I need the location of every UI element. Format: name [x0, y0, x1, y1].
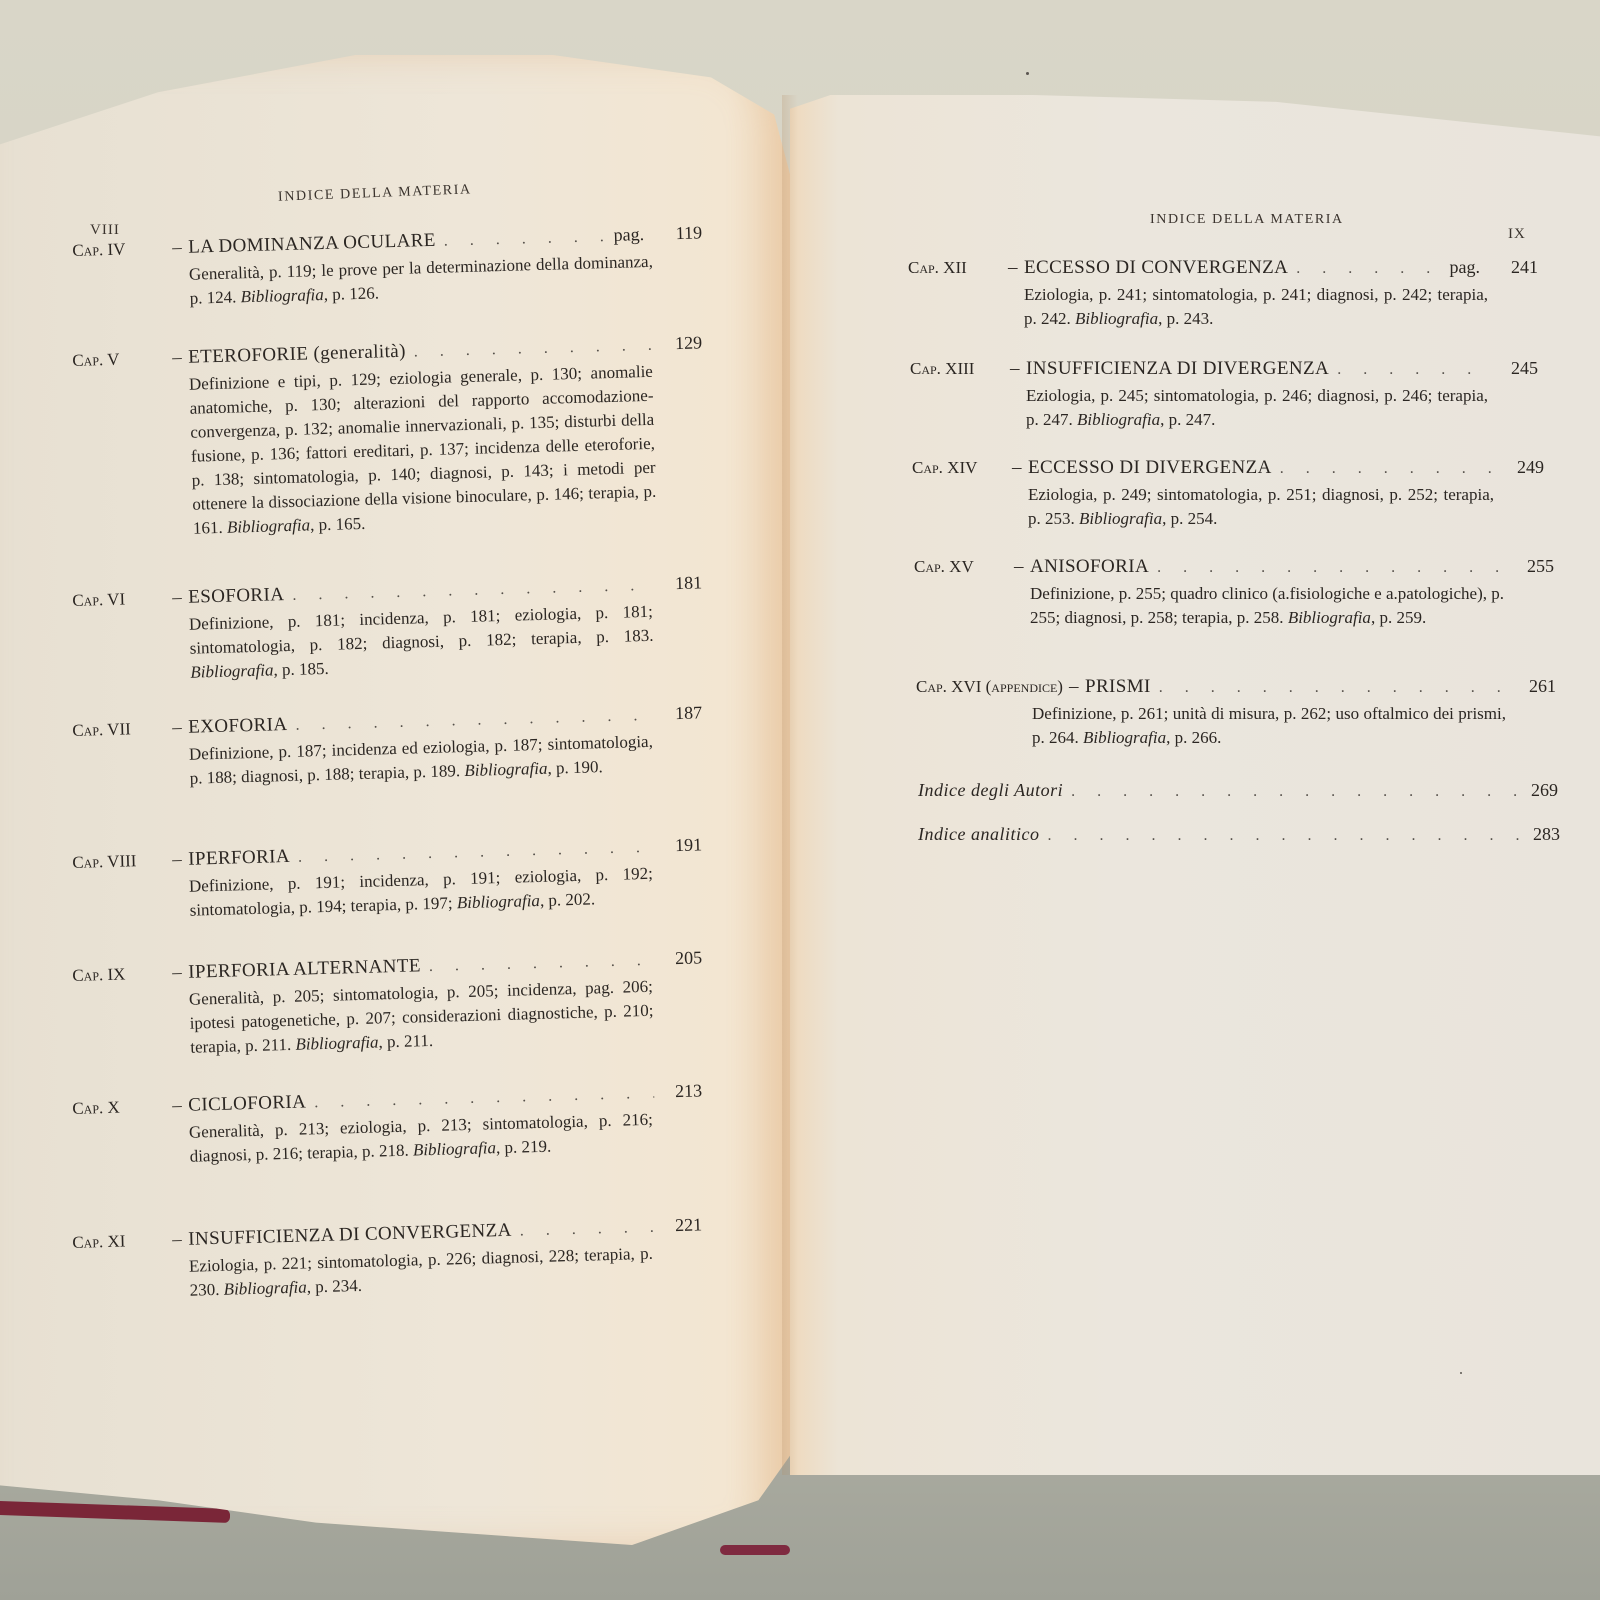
dash: – — [1012, 457, 1028, 479]
toc-entry-cap-xvi[interactable]: Cap. XVI (appendice) – PRISMI . . . . . … — [916, 676, 1556, 750]
folio-left: VIII — [90, 222, 120, 239]
pag-label: pag. — [1450, 257, 1481, 278]
chapter-summary: Eziologia, p. 241; sintomatologia, p. 24… — [1024, 283, 1488, 331]
leader-dots: . . . . . . . . . . . . . . . . . . . . … — [314, 1085, 654, 1112]
toc-entry-cap-xiii[interactable]: Cap. XIII – INSUFFICIENZA DI DIVERGENZA … — [910, 358, 1538, 432]
dash: – — [172, 237, 189, 259]
chapter-number: Cap. IX — [72, 963, 173, 986]
toc-entry-cap-xv[interactable]: Cap. XV – ANISOFORIA . . . . . . . . . .… — [914, 556, 1554, 630]
chapter-number: Cap. XII — [908, 258, 1008, 278]
page-number: 129 — [662, 332, 703, 354]
page-number: 221 — [662, 1214, 703, 1236]
chapter-summary: Eziologia, p. 245; sintomatologia, p. 24… — [1026, 384, 1488, 432]
leader-dots: . . . . . . . . . . . . . . . . . . . . … — [1071, 783, 1523, 801]
page-number: 213 — [662, 1080, 703, 1102]
leader-dots: . . . . . . . . . . . . . . . . . . . . … — [1337, 361, 1490, 379]
chapter-title: PRISMI — [1085, 676, 1151, 698]
chapter-title: ESOFORIA — [188, 584, 285, 609]
leader-dots: . . . . . . . . . . . . . . . . . . . . … — [1047, 827, 1525, 845]
chapter-summary: Generalità, p. 205; sintomatologia, p. 2… — [189, 975, 655, 1060]
page-number: 245 — [1498, 358, 1538, 379]
dash: – — [172, 1095, 189, 1117]
running-head-right: INDICE DELLA MATERIA — [1150, 212, 1344, 228]
dash: – — [1069, 676, 1085, 698]
toc-entry-analytic-index[interactable]: Indice analitico . . . . . . . . . . . .… — [918, 824, 1560, 845]
page-number: 269 — [1531, 780, 1558, 801]
leader-dots: . . . . . . . . . . . . . . . . . . . . … — [1157, 559, 1506, 577]
chapter-number: Cap. XVI (appendice) — [916, 677, 1063, 697]
page-number: 191 — [662, 834, 703, 856]
page-number: 255 — [1514, 556, 1554, 577]
page-number: 187 — [662, 702, 703, 724]
chapter-summary: Definizione e tipi, p. 129; eziologia ge… — [189, 360, 658, 541]
chapter-number: Cap. XI — [72, 1230, 173, 1253]
leader-dots: . . . . . . . . . . . . . . . . . . . . … — [1280, 460, 1496, 478]
toc-entry-cap-xiv[interactable]: Cap. XIV – ECCESSO DI DIVERGENZA . . . .… — [912, 457, 1544, 531]
leader-dots: . . . . . . . . . . . . . . . . . . . . … — [429, 952, 655, 976]
chapter-title: ECCESSO DI DIVERGENZA — [1028, 457, 1272, 479]
leader-dots: . . . . . . . . . . . . . . . . . . . . … — [520, 1219, 655, 1241]
chapter-title: ECCESSO DI CONVERGENZA — [1024, 257, 1288, 279]
dash: – — [1008, 257, 1024, 279]
chapter-summary: Eziologia, p. 249; sintomatologia, p. 25… — [1028, 483, 1494, 531]
dash: – — [1010, 358, 1026, 380]
index-label: Indice degli Autori — [918, 780, 1063, 801]
chapter-number: Cap. VIII — [72, 850, 173, 873]
pag-label: pag. — [613, 224, 644, 246]
dash: – — [1014, 556, 1030, 578]
chapter-number: Cap. V — [72, 348, 173, 371]
dash: – — [172, 849, 189, 871]
chapter-number: Cap. XV — [914, 557, 1014, 577]
dash: – — [172, 962, 189, 984]
page-number: 261 — [1516, 676, 1556, 697]
dash: – — [172, 717, 189, 739]
index-label: Indice analitico — [918, 824, 1039, 845]
chapter-number: Cap. IV — [72, 238, 173, 261]
toc-entry-author-index[interactable]: Indice degli Autori . . . . . . . . . . … — [918, 780, 1558, 801]
chapter-number: Cap. VII — [72, 718, 173, 741]
chapter-title: EXOFORIA — [188, 714, 288, 739]
leader-dots: . . . . . . . . . . . . . . . . . . . . … — [1296, 260, 1441, 278]
toc-entry-cap-v[interactable]: Cap. V – ETEROFORIE (generalità) . . . .… — [72, 332, 707, 544]
page-number: 241 — [1498, 257, 1538, 278]
chapter-title: INSUFFICIENZA DI DIVERGENZA — [1026, 358, 1329, 380]
page-number: 283 — [1533, 824, 1560, 845]
dash: – — [172, 1229, 189, 1251]
chapter-number: Cap. XIII — [910, 359, 1010, 379]
dash: – — [172, 587, 189, 609]
page-number: 119 — [662, 222, 703, 244]
chapter-number: Cap. VI — [72, 588, 173, 611]
chapter-title: CICLOFORIA — [188, 1091, 307, 1116]
leader-dots: . . . . . . . . . . . . . . . . . . . . … — [414, 337, 655, 362]
paper-speck — [1026, 72, 1029, 75]
chapter-summary: Definizione, p. 181; incidenza, p. 181; … — [189, 600, 655, 685]
dash: – — [172, 347, 189, 369]
page-number: 181 — [662, 572, 703, 594]
paper-speck — [1460, 1372, 1462, 1374]
chapter-summary: Definizione, p. 261; unità di misura, p.… — [1032, 702, 1506, 750]
chapter-title: ETEROFORIE (generalità) — [188, 341, 406, 369]
chapter-title: ANISOFORIA — [1030, 556, 1149, 578]
folio-right: IX — [1508, 226, 1526, 243]
page-number: 205 — [662, 947, 703, 969]
toc-entry-cap-xii[interactable]: Cap. XII – ECCESSO DI CONVERGENZA . . . … — [908, 257, 1538, 331]
leader-dots: . . . . . . . . . . . . . . . . . . . . … — [444, 228, 606, 251]
book-gutter — [782, 95, 798, 1475]
book-cover-corner — [720, 1545, 790, 1555]
chapter-number: Cap. X — [72, 1096, 173, 1119]
toc-entry-cap-ix[interactable]: Cap. IX – IPERFORIA ALTERNANTE . . . . .… — [72, 947, 704, 1063]
chapter-number: Cap. XIV — [912, 458, 1012, 478]
toc-entry-cap-vi[interactable]: Cap. VI – ESOFORIA . . . . . . . . . . .… — [72, 572, 704, 688]
page-number: 249 — [1504, 457, 1544, 478]
leader-dots: . . . . . . . . . . . . . . . . . . . . … — [1159, 679, 1508, 697]
chapter-summary: Definizione, p. 255; quadro clinico (a.f… — [1030, 582, 1504, 630]
chapter-title: IPERFORIA — [188, 846, 290, 871]
